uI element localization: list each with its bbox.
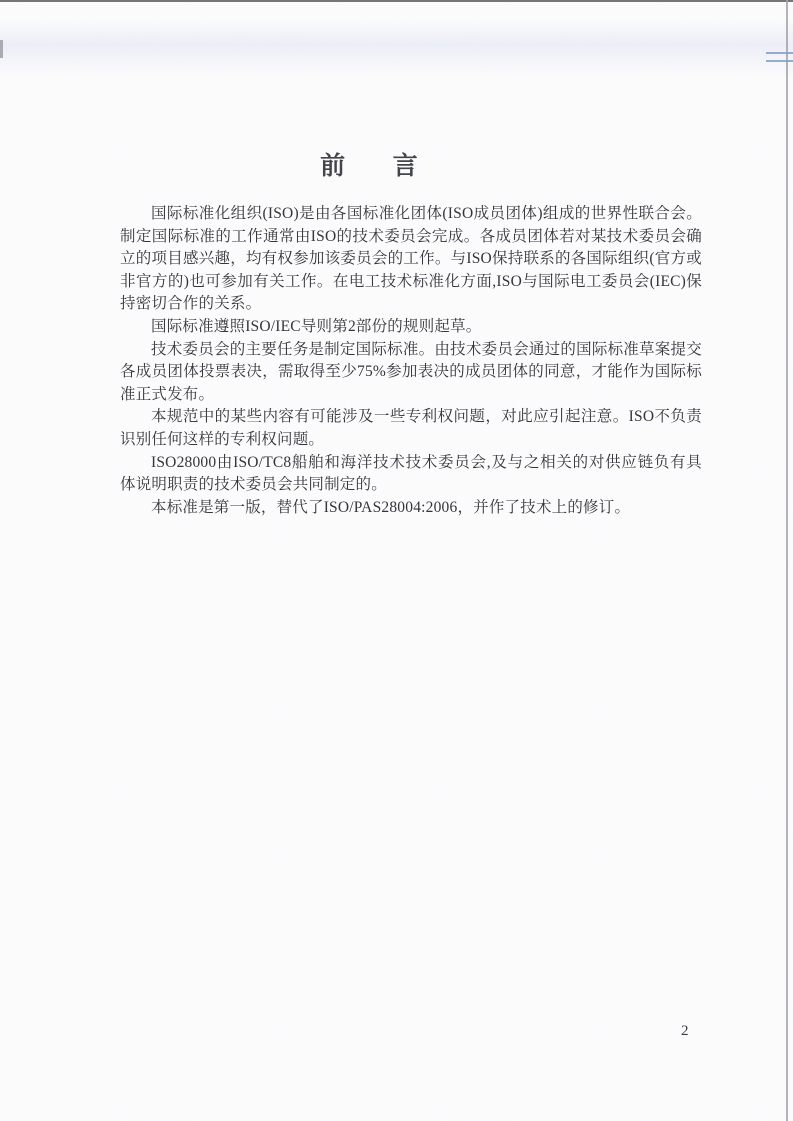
foreword-paragraph-1: 国际标准化组织(ISO)是由各国标准化团体(ISO成员团体)组成的世界性联合会。… (120, 203, 702, 316)
scan-artifact-right-line (786, 0, 788, 1121)
foreword-body: 国际标准化组织(ISO)是由各国标准化团体(ISO成员团体)组成的世界性联合会。… (120, 203, 702, 519)
foreword-title: 前 言 (0, 146, 771, 182)
scan-artifact-top-line (0, 0, 793, 2)
scan-artifact-left-tick (0, 40, 3, 58)
scan-artifact-right-tick-2 (766, 60, 793, 62)
foreword-paragraph-3: 技术委员会的主要任务是制定国际标准。由技术委员会通过的国际标准草案提交各成员团体… (120, 339, 702, 407)
foreword-paragraph-4: 本规范中的某些内容有可能涉及一些专利权问题，对此应引起注意。ISO不负责识别任何… (120, 406, 702, 451)
foreword-paragraph-5: ISO28000由ISO/TC8船舶和海洋技术技术委员会,及与之相关的对供应链负… (120, 452, 702, 497)
scan-artifact-right-tick-1 (766, 52, 793, 54)
foreword-paragraph-6: 本标准是第一版，替代了ISO/PAS28004:2006，并作了技术上的修订。 (120, 497, 702, 520)
page-number: 2 (681, 1023, 689, 1040)
scanned-document-page: 前 言 国际标准化组织(ISO)是由各国标准化团体(ISO成员团体)组成的世界性… (0, 0, 793, 1121)
scan-artifact-band (0, 18, 793, 78)
foreword-paragraph-2: 国际标准遵照ISO/IEC导则第2部份的规则起草。 (120, 316, 702, 339)
